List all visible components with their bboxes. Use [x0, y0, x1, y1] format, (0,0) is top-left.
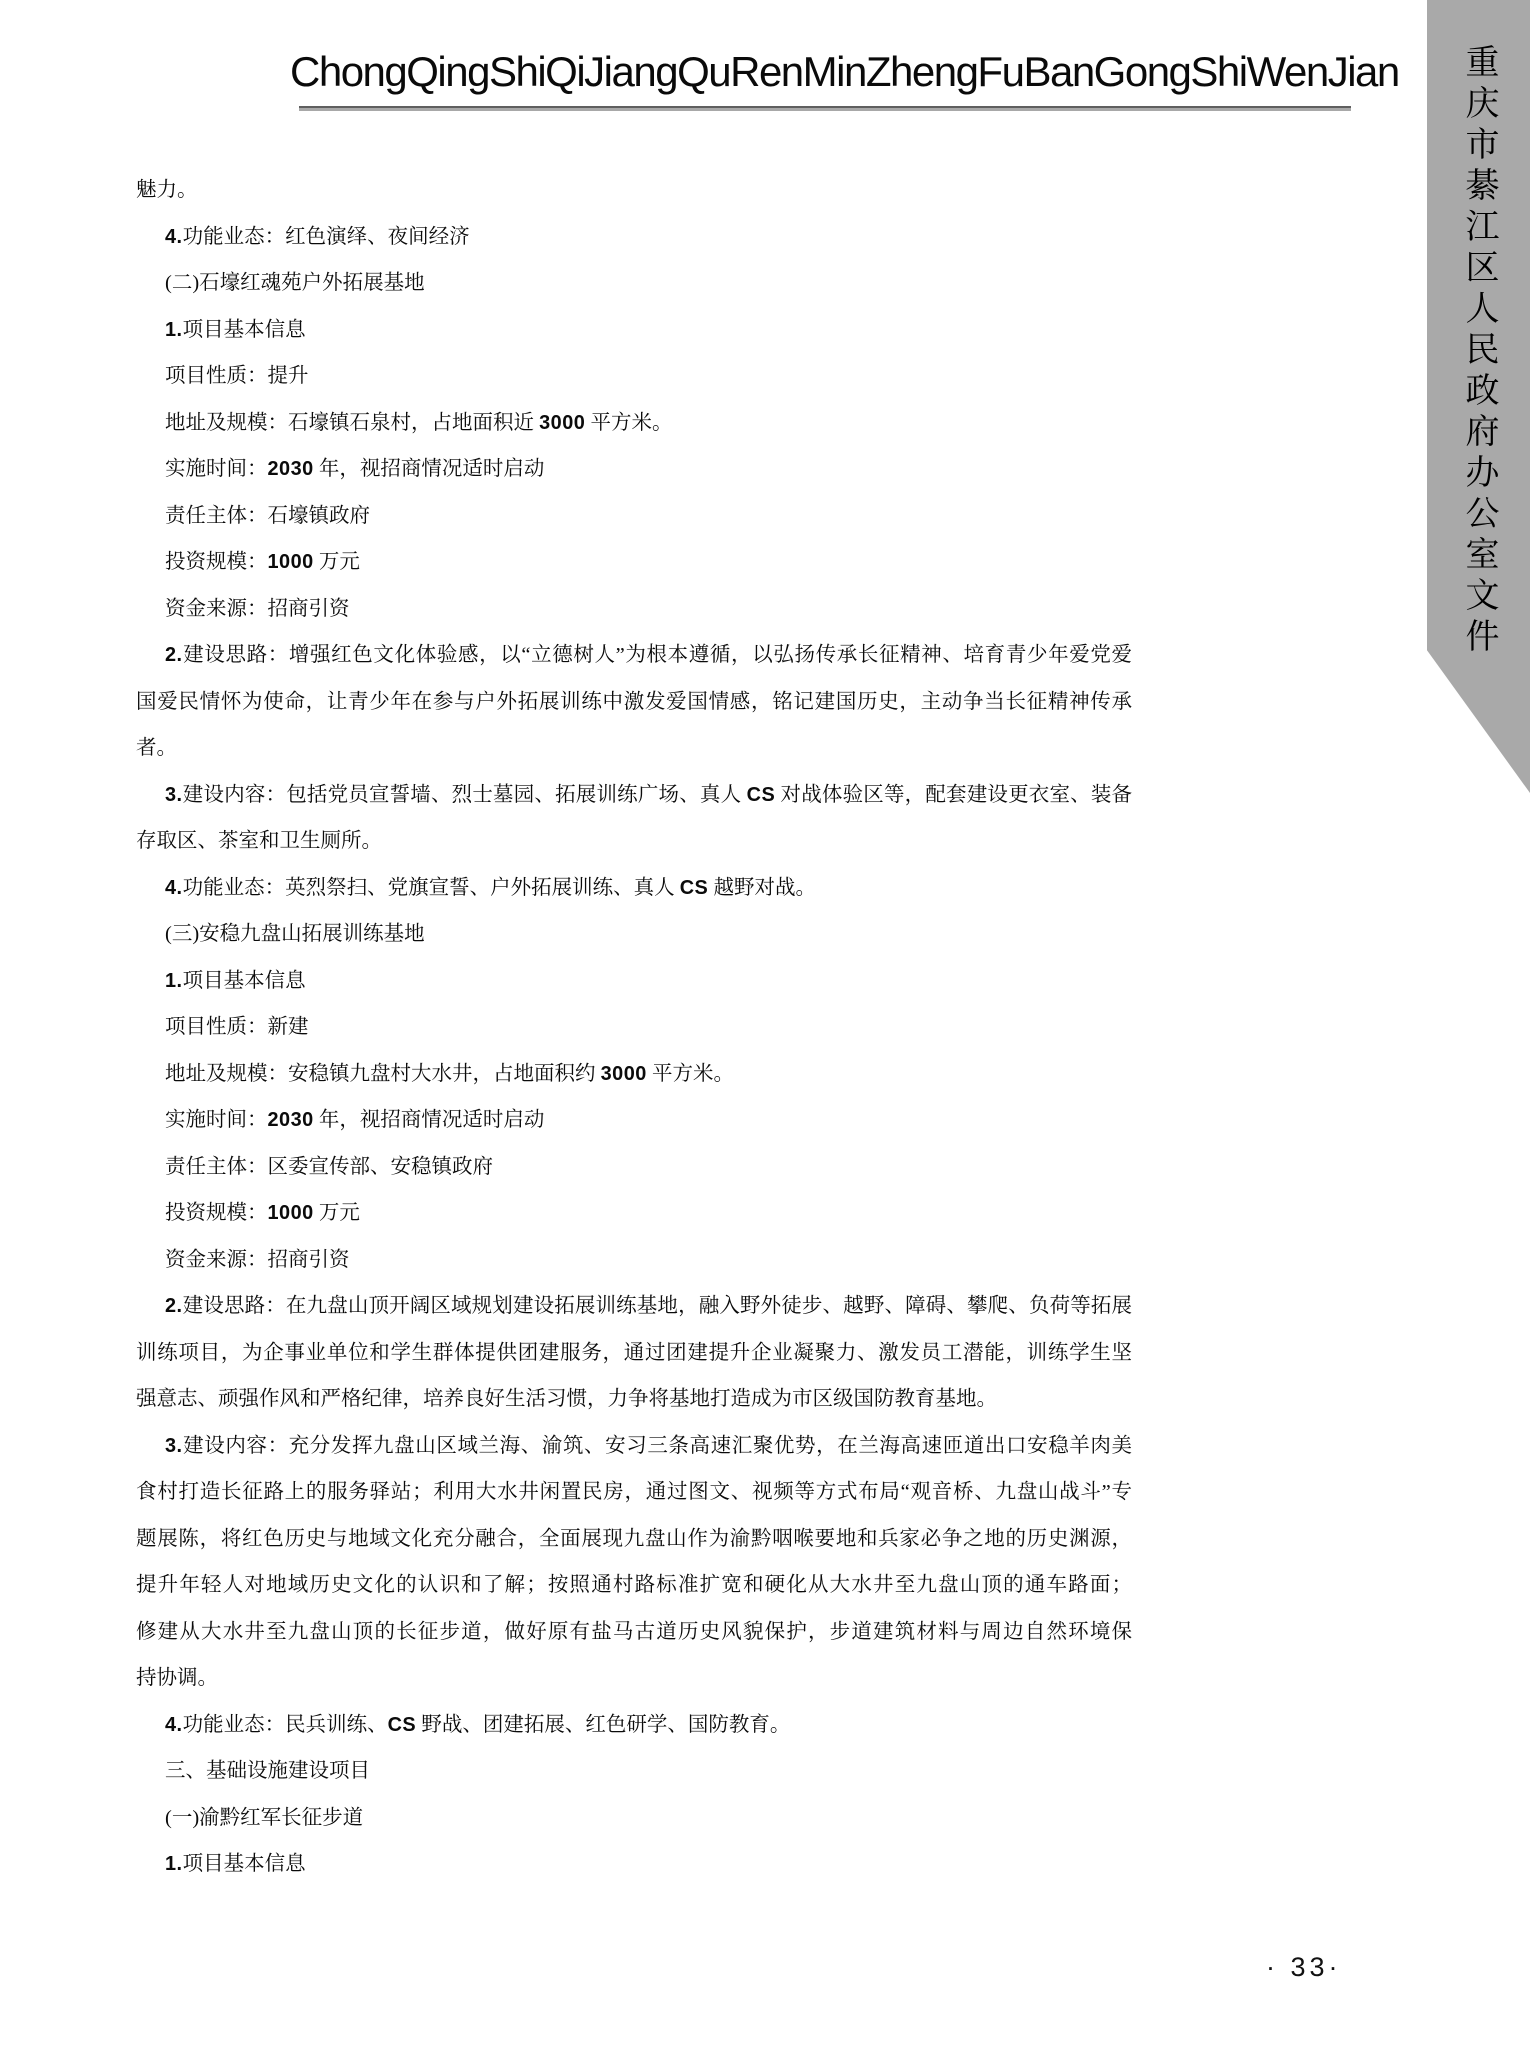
text-line: 存取区、茶室和卫生厕所。 — [136, 818, 1132, 865]
document-page: { "header": { "romanized_title": "ChongQ… — [0, 0, 1530, 2062]
text-line: 投资规模：1000 万元 — [136, 539, 1132, 586]
text-line: 修建从大水井至九盘山顶的长征步道，做好原有盐马古道历史风貌保护，步道建筑材料与周… — [136, 1609, 1132, 1656]
text-line: 地址及规模：石壕镇石泉村，占地面积近 3000 平方米。 — [136, 400, 1132, 447]
header-romanized-title: ChongQingShiQiJiangQuRenMinZhengFuBanGon… — [290, 48, 1360, 96]
body-text: 魅力。4.功能业态：红色演绎、夜间经济(二)石壕红魂苑户外拓展基地1.项目基本信… — [136, 167, 1132, 1888]
ribbon-vertical-title: 重庆市綦江区人民政府办公室文件 — [1454, 44, 1503, 659]
text-line: 4.功能业态：民兵训练、CS 野战、团建拓展、红色研学、国防教育。 — [136, 1702, 1132, 1749]
text-line: 2.建设思路：在九盘山顶开阔区域规划建设拓展训练基地，融入野外徒步、越野、障碍、… — [136, 1283, 1132, 1330]
text-line: 资金来源：招商引资 — [136, 586, 1132, 633]
text-line: 项目性质：提升 — [136, 353, 1132, 400]
text-line: 1.项目基本信息 — [136, 1841, 1132, 1888]
text-line: 食村打造长征路上的服务驿站；利用大水井闲置民房，通过图文、视频等方式布局“观音桥… — [136, 1469, 1132, 1516]
text-line: 3.建设内容：包括党员宣誓墙、烈士墓园、拓展训练广场、真人 CS 对战体验区等，… — [136, 772, 1132, 819]
text-line: 2.建设思路：增强红色文化体验感，以“立德树人”为根本遵循，以弘扬传承长征精神、… — [136, 632, 1132, 679]
text-line: 责任主体：石壕镇政府 — [136, 493, 1132, 540]
text-line: 题展陈，将红色历史与地域文化充分融合，全面展现九盘山作为渝黔咽喉要地和兵家必争之… — [136, 1516, 1132, 1563]
text-line: 4.功能业态：英烈祭扫、党旗宣誓、户外拓展训练、真人 CS 越野对战。 — [136, 865, 1132, 912]
text-line: 提升年轻人对地域历史文化的认识和了解；按照通村路标准扩宽和硬化从大水井至九盘山顶… — [136, 1562, 1132, 1609]
text-line: 三、基础设施建设项目 — [136, 1748, 1132, 1795]
text-line: 持协调。 — [136, 1655, 1132, 1702]
header-rule — [299, 106, 1351, 111]
text-line: 国爱民情怀为使命，让青少年在参与户外拓展训练中激发爱国情感，铭记建国历史，主动争… — [136, 679, 1132, 726]
text-line: 资金来源：招商引资 — [136, 1237, 1132, 1284]
text-line: 地址及规模：安稳镇九盘村大水井，占地面积约 3000 平方米。 — [136, 1051, 1132, 1098]
text-line: (三)安稳九盘山拓展训练基地 — [136, 911, 1132, 958]
text-line: 1.项目基本信息 — [136, 958, 1132, 1005]
text-line: 训练项目，为企事业单位和学生群体提供团建服务，通过团建提升企业凝聚力、激发员工潜… — [136, 1330, 1132, 1377]
document-ribbon: 重庆市綦江区人民政府办公室文件 — [1427, 0, 1530, 793]
text-line: (一)渝黔红军长征步道 — [136, 1795, 1132, 1842]
text-line: 3.建设内容：充分发挥九盘山区域兰海、渝筑、安习三条高速汇聚优势，在兰海高速匝道… — [136, 1423, 1132, 1470]
text-line: (二)石壕红魂苑户外拓展基地 — [136, 260, 1132, 307]
text-line: 项目性质：新建 — [136, 1004, 1132, 1051]
text-line: 投资规模：1000 万元 — [136, 1190, 1132, 1237]
text-line: 1.项目基本信息 — [136, 307, 1132, 354]
text-line: 者。 — [136, 725, 1132, 772]
text-line: 强意志、顽强作风和严格纪律，培养良好生活习惯，力争将基地打造成为市区级国防教育基… — [136, 1376, 1132, 1423]
text-line: 4.功能业态：红色演绎、夜间经济 — [136, 214, 1132, 261]
text-line: 魅力。 — [136, 167, 1132, 214]
text-line: 实施时间：2030 年，视招商情况适时启动 — [136, 446, 1132, 493]
text-line: 责任主体：区委宣传部、安稳镇政府 — [136, 1144, 1132, 1191]
page-number: · 33· — [1266, 1952, 1342, 1983]
text-line: 实施时间：2030 年，视招商情况适时启动 — [136, 1097, 1132, 1144]
